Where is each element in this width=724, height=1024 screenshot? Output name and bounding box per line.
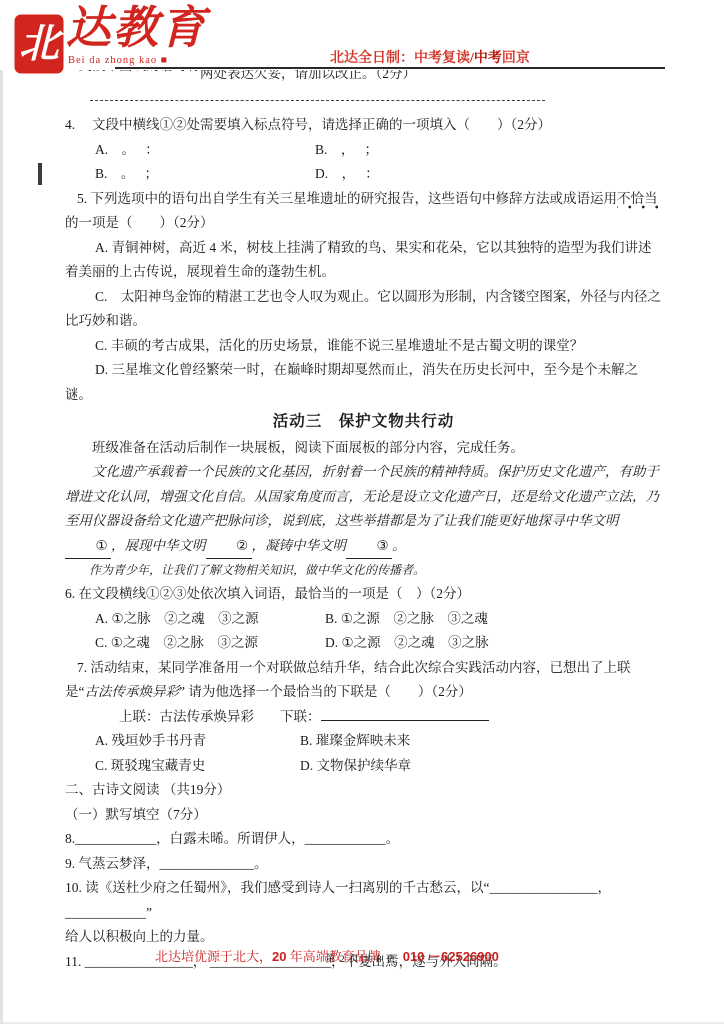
header-rule: [115, 67, 665, 69]
passage-seg3: ，凝铸中华文明: [252, 538, 347, 553]
activity-3-heading: 活动三 保护文物共行动: [65, 410, 662, 435]
tagline-post: 回京: [502, 51, 530, 66]
activity-intro: 班级准备在活动后制作一块展板，阅读下面展板的部分内容，完成任务。: [65, 436, 662, 461]
q4-option-a: A. 。 ：: [95, 138, 315, 163]
display-board-passage: 文化遗产承载着一个民族的文化基因，折射着一个民族的精神特质。保护历史文化遗产，有…: [65, 460, 662, 559]
couplet-line: 上联：古法传承焕异彩下联：: [65, 705, 662, 730]
brand-seal-icon: 北: [16, 16, 62, 72]
shanglian-label: 上联：: [119, 709, 160, 724]
q10-line2: 给人以积极向上的力量。: [65, 929, 214, 944]
q10-line1: 10. 读《送杜少府之任蜀州》，我们感受到诗人一扫离别的千古愁云，以“_____…: [65, 880, 611, 920]
passage-seg2: ，展现中华文: [111, 538, 192, 553]
passage-seg1: 文化遗产承载着一个民族的文化基因，折射着一个民族的精神特质。保护历史文化遗产，有…: [65, 464, 659, 528]
q4-option-b: B. ， ；: [315, 138, 662, 163]
q6-option-a: A. ①之脉 ②之魂 ③之源: [95, 607, 325, 632]
page-header: 北 达教育 Bei da zhong kao ■ 北达全日制：中考复读/中考回京: [0, 0, 724, 70]
exam-page: 3. 文段中画线的语句有两处表达欠妥，请加以改正。（2分） 北 达教育 Bei …: [0, 0, 724, 1024]
q7-option-c: C. 斑驳瑰宝藏青史: [95, 754, 300, 779]
q4-options: A. 。 ： B. ， ； B. 。 ； D. ， ：: [65, 138, 662, 187]
q7-stem-post: ” 请为他选择一个最恰当的下联是（ ）（2分）: [179, 684, 472, 699]
footer-slogan-pre: 北达培优源于北大，: [155, 949, 272, 964]
seal-character: 北: [19, 24, 59, 64]
question-7: 7. 活动结束，某同学准备用一个对联做总结升华，结合此次综合实践活动内容，已想出…: [65, 656, 662, 705]
passage-seg2b: 明: [192, 538, 206, 553]
circled-1: ①: [95, 538, 107, 553]
circled-3: ③: [376, 538, 388, 553]
scan-artifact-mark: [38, 163, 42, 185]
passage-blank-2: ②: [206, 534, 252, 560]
question-10: 10. 读《送杜少府之任蜀州》，我们感受到诗人一扫离别的千古愁云，以“_____…: [65, 876, 662, 950]
q5-option-c2: C. 丰硕的考古成果，活化的历史场景，谁能不说三星堆遗址不是古蜀文明的课堂？: [65, 334, 662, 359]
question-9: 9. 气蒸云梦泽，______________。: [65, 852, 662, 877]
q7-couplet-quote: 古法传承焕异彩: [85, 684, 180, 699]
q4-option-d: D. ， ：: [315, 162, 662, 187]
q6-option-b: B. ①之源 ②之脉 ③之魂: [325, 607, 662, 632]
q7-options: A. 残垣妙手书丹青 B. 璀璨金辉映未来 C. 斑驳瑰宝藏青史 D. 文物保护…: [65, 729, 662, 778]
section-2-subtitle: （一）默写填空（7分）: [65, 803, 662, 828]
xialian-blank: [321, 707, 489, 721]
q5-emphasized-word: 不恰当: [617, 191, 658, 209]
brand-subtitle: Bei da zhong kao ■: [68, 55, 168, 66]
q5-stem-pre: 5. 下列选项中的语句出自学生有关三星堆遗址的研究报告，这些语句中修辞方法或成语…: [77, 191, 617, 206]
page-number: 第 2 页 共 8 页: [326, 951, 396, 965]
passage-blank-1: ①: [65, 534, 111, 560]
passage-blank-3: ③: [346, 534, 392, 560]
q7-option-a: A. 残垣妙手书丹青: [95, 729, 300, 754]
shanglian-text: 古法传承焕异彩: [160, 709, 255, 724]
q6-options: A. ①之脉 ②之魂 ③之源 B. ①之源 ②之脉 ③之魂 C. ①之魂 ②之脉…: [65, 607, 662, 656]
exam-body: 4. 文段中横线①②处需要填入标点符号，请选择正确的一项填入（ ）（2分） A.…: [65, 92, 662, 974]
footer-years: 20: [272, 949, 286, 964]
q5-option-d: D. 三星堆文化曾经繁荣一时，在巅峰时期却戛然而止，消失在历史长河中，至今是个未…: [65, 358, 662, 407]
header-tagline: 北达全日制：中考复读/中考回京: [330, 47, 530, 67]
q3-answer-blank: [90, 98, 545, 101]
q7-option-b: B. 璀璨金辉映未来: [300, 729, 662, 754]
footer-phone: 010 －62526900: [403, 949, 499, 964]
q4-option-b2: B. 。 ；: [95, 162, 315, 187]
q6-option-d: D. ①之源 ②之魂 ③之脉: [325, 631, 662, 656]
section-2-title: 二、古诗文阅读 （共19分）: [65, 778, 662, 803]
question-8: 8.____________，白露未晞。所谓伊人，____________。: [65, 827, 662, 852]
activity-note: 作为青少年，让我们了解文物相关知识，做中华文化的传播者。: [65, 559, 662, 582]
xialian-label: 下联：: [280, 709, 321, 724]
question-5: 5. 下列选项中的语句出自学生有关三星堆遗址的研究报告，这些语句中修辞方法或成语…: [65, 187, 662, 236]
brand-calligraphy: 达教育: [66, 4, 207, 54]
question-4: 4. 文段中横线①②处需要填入标点符号，请选择正确的一项填入（ ）（2分）: [65, 113, 662, 138]
q7-option-d: D. 文物保护续华章: [300, 754, 662, 779]
tagline-pre: 北达全日制：中考复读: [330, 51, 470, 66]
q5-stem-post: 的一项是（ ）（2分）: [65, 215, 214, 230]
circled-2: ②: [236, 538, 248, 553]
q6-option-c: C. ①之魂 ②之脉 ③之源: [95, 631, 325, 656]
tagline-bold: /中考: [470, 51, 502, 66]
q5-option-c1: C. 太阳神鸟金饰的精湛工艺也令人叹为观止。它以圆形为形制，内含镂空图案，外径与…: [65, 285, 662, 334]
question-6: 6. 在文段横线①②③处依次填入词语，最恰当的一项是（ ）（2分）: [65, 582, 662, 607]
q5-option-a: A. 青铜神树，高近 4 米，树枝上挂满了精致的鸟、果实和花朵，它以其独特的造型…: [65, 236, 662, 285]
passage-seg4: 。: [392, 538, 406, 553]
